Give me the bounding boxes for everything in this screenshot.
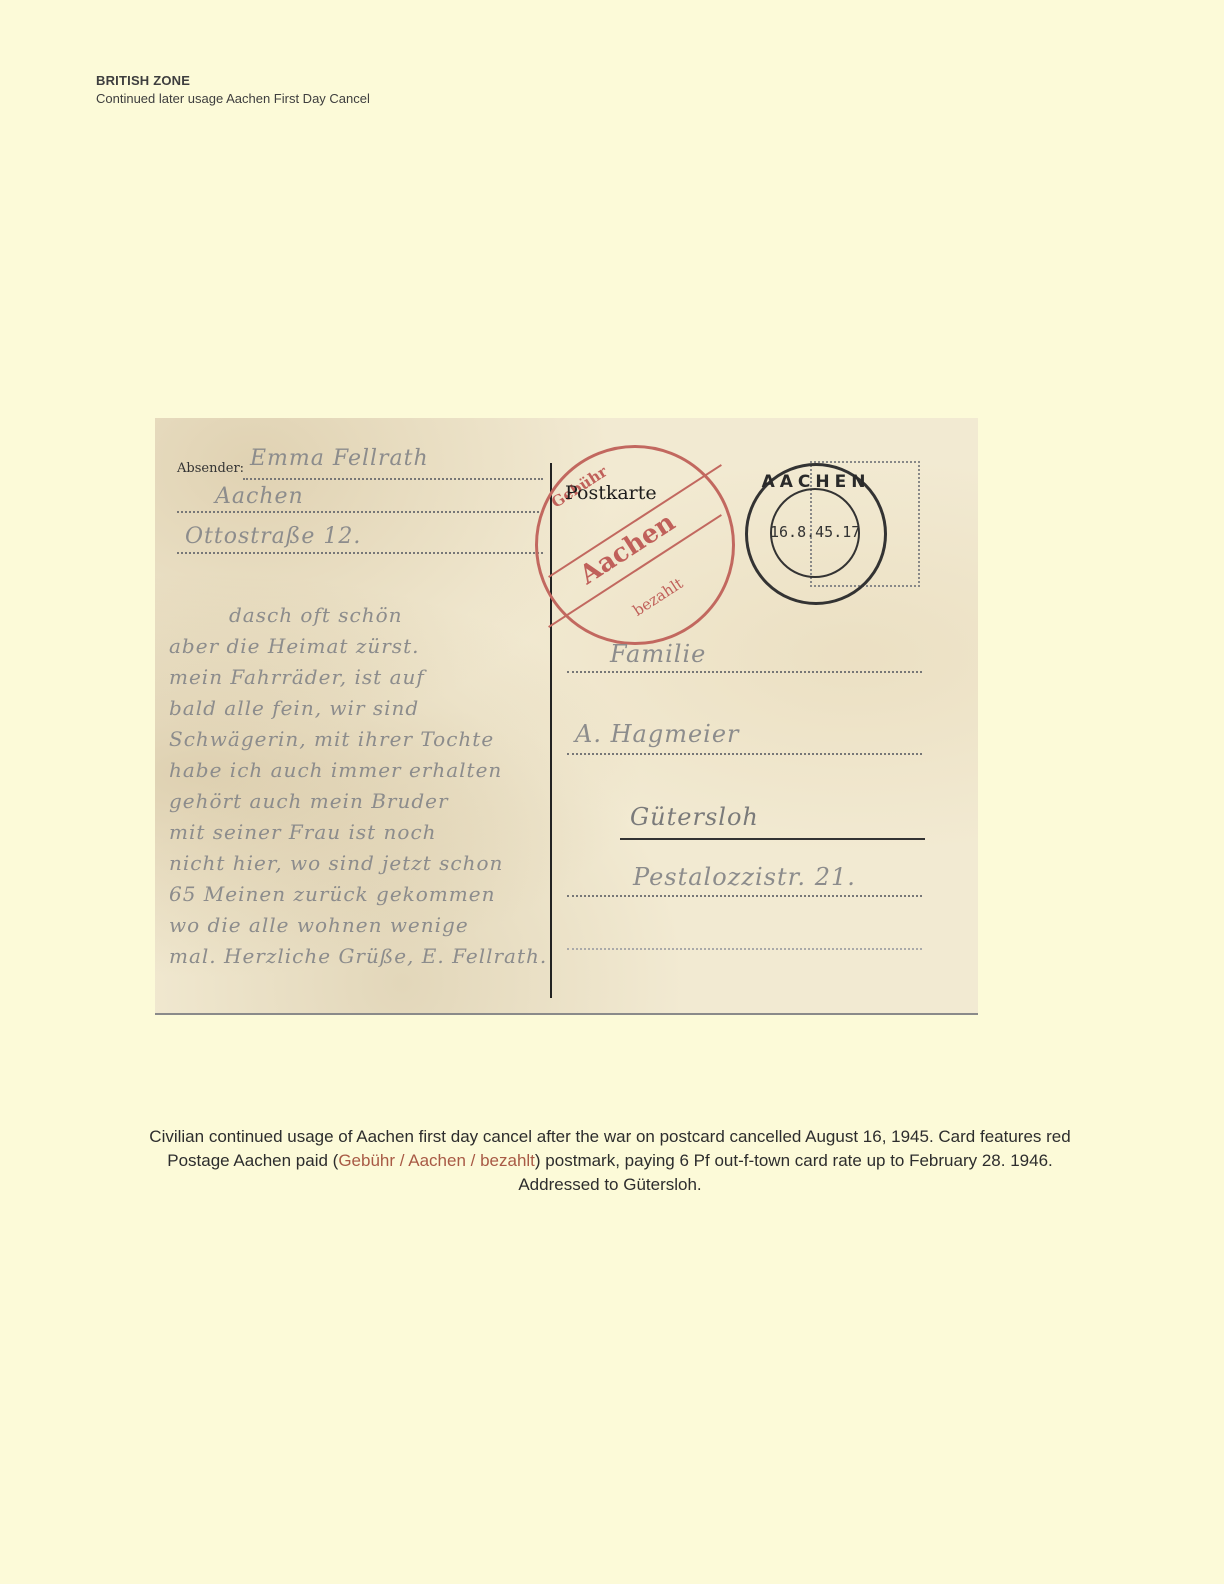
city-underline — [620, 838, 925, 840]
page-subtitle: Continued later usage Aachen First Day C… — [96, 90, 370, 108]
message-text: dasch oft schön aber die Heimat zürst. m… — [169, 600, 549, 972]
sender-street: Ottostraße 12. — [185, 524, 361, 549]
page-header: BRITISH ZONE Continued later usage Aache… — [96, 72, 370, 108]
message-line: Schwägerin, mit ihrer Tochte — [169, 724, 549, 755]
caption-line-3: Addressed to Gütersloh. — [30, 1173, 1190, 1197]
caption-line-1: Civilian continued usage of Aachen first… — [30, 1125, 1190, 1149]
message-line: dasch oft schön — [169, 600, 549, 631]
address-line-4 — [567, 895, 922, 897]
message-line: wo die alle wohnen wenige — [169, 910, 549, 941]
caption-postmark-highlight: Gebühr / Aachen / bezahlt — [338, 1151, 535, 1170]
cancel-date: 16.8.45.17 — [770, 523, 860, 541]
sender-name: Emma Fellrath — [250, 446, 429, 471]
message-line: mein Fahrräder, ist auf — [169, 662, 549, 693]
cancel-city: AACHEN — [748, 472, 884, 492]
sender-label: Absender: — [177, 461, 244, 476]
caption-line-2-prefix: Postage Aachen paid ( — [167, 1151, 338, 1170]
sender-line-1 — [243, 478, 543, 480]
sender-line-3 — [177, 552, 543, 554]
recipient-line-1: Familie — [610, 640, 706, 668]
address-line-5 — [567, 948, 922, 950]
address-line-2 — [567, 753, 922, 755]
zone-title: BRITISH ZONE — [96, 72, 370, 90]
address-line-1 — [567, 671, 922, 673]
message-line: nicht hier, wo sind jetzt schon — [169, 848, 549, 879]
recipient-city: Gütersloh — [630, 803, 759, 831]
caption-line-2: Postage Aachen paid (Gebühr / Aachen / b… — [30, 1149, 1190, 1173]
sender-line-2 — [177, 511, 543, 513]
caption-line-2-suffix: ) postmark, paying 6 Pf out-f-town card … — [535, 1151, 1053, 1170]
postcard-image: Absender: Emma Fellrath Aachen Ottostraß… — [155, 418, 978, 1013]
message-line: mit seiner Frau ist noch — [169, 817, 549, 848]
message-line: aber die Heimat zürst. — [169, 631, 549, 662]
red-paid-postmark: Gebühr Aachen bezahlt — [535, 445, 735, 645]
message-line: bald alle fein, wir sind — [169, 693, 549, 724]
caption: Civilian continued usage of Aachen first… — [30, 1125, 1190, 1197]
recipient-street: Pestalozzistr. 21. — [633, 863, 856, 891]
card-title: Postkarte — [565, 482, 657, 504]
aachen-cancel-postmark: AACHEN 16.8.45.17 — [745, 463, 887, 605]
message-line: mal. Herzliche Grüße, E. Fellrath. — [169, 941, 549, 972]
message-line: 65 Meinen zurück gekommen — [169, 879, 549, 910]
recipient-line-2: A. Hagmeier — [575, 720, 740, 748]
sender-city: Aachen — [215, 484, 304, 509]
message-line: habe ich auch immer erhalten — [169, 755, 549, 786]
message-line: gehört auch mein Bruder — [169, 786, 549, 817]
postmark-bottom-text: bezahlt — [630, 574, 687, 619]
